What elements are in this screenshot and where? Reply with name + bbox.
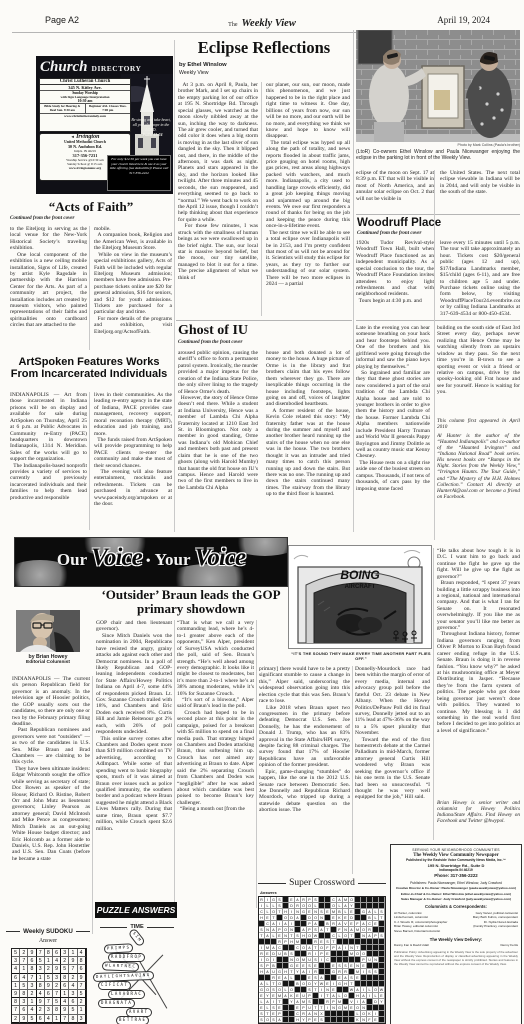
masthead-title: The Weekly View: [200, 13, 324, 31]
article-column: 1920s Tudor Revival-style Woodruff Town …: [356, 240, 434, 316]
sudoku-cell: 8: [53, 1006, 61, 1014]
sudoku-cell: 3: [20, 998, 28, 1006]
column-rule: [174, 40, 175, 532]
sudoku-cell: 6: [37, 1015, 45, 1023]
acts-of-faith-headline: “Acts of Faith”: [10, 199, 172, 215]
masthead-info-box: SERVING YOUR NEIGHBORHOOD COMMUNITIES Th…: [390, 844, 522, 1024]
columnists-header: Columnists & Correspondents:: [394, 904, 518, 909]
banner-word-voice: Voice: [195, 544, 246, 571]
church-title-script: Church: [40, 59, 88, 75]
newspaper-page: Page A2 The Weekly View April 19, 2024 C…: [0, 0, 524, 1024]
jumble-strip: DAYLIGHTSAVING: [93, 971, 154, 982]
sudoku-cell: 3: [69, 990, 77, 998]
verse-text: Be strong and take heart, all you who ho…: [131, 118, 170, 132]
banner-word-your: Your: [155, 550, 191, 569]
sudoku-cell: 9: [53, 965, 61, 973]
sudoku-cell: 8: [45, 949, 53, 957]
bible-verse: Be strong and take heart, all you who ho…: [131, 118, 171, 138]
sudoku-cell: 7: [78, 982, 86, 990]
editorial-cartoon: BOING AIRCRAFT: [288, 545, 432, 649]
sudoku-answer-grid: 5297863143765142984183295766471538291538…: [11, 948, 87, 1024]
sudoku-cell: 8: [61, 974, 69, 982]
article-column: leave every 15 minutes until 5 p.m. The …: [440, 240, 520, 316]
article-column: house and both donated a lot of money to…: [266, 350, 350, 532]
sudoku-cell: 5: [78, 990, 86, 998]
continued-note: Continued from the front cover: [357, 231, 421, 236]
masthead-role: Editor-in-Chief & Co-Owner: Ethel Winslo…: [394, 892, 518, 896]
section-rule: [356, 214, 520, 215]
continued-note: Continued from the front cover: [10, 216, 74, 221]
column-rule: [92, 676, 93, 934]
sudoku-cell: 1: [12, 982, 20, 990]
article-column: primary] there would have to be a pretty…: [259, 666, 350, 876]
author-bio: Al Hunter is the author of the “Haunted …: [437, 433, 520, 541]
artspoken-headline: ArtSpoken Features Works From Incarcerat…: [6, 356, 172, 380]
masthead-the: The: [228, 22, 237, 28]
sudoku-cell: 8: [28, 965, 36, 973]
columnists-list-right: Gary Varvel, political cartoonistMary Be…: [473, 911, 518, 934]
woodruff-headline: Woodruff Place: [357, 217, 441, 229]
masthead-publisher: Published by the Eastside Voice Communit…: [394, 858, 518, 862]
article-column: the United States. The next total eclips…: [440, 170, 520, 212]
banner-word-our: Our: [57, 550, 87, 569]
sudoku-cell: 5: [28, 1015, 36, 1023]
sudoku-cell: 4: [45, 1015, 53, 1023]
sudoku-cell: 2: [69, 974, 77, 982]
article-column: to the Eiteljorg in serving as the local…: [10, 226, 87, 352]
sudoku-cell: 1: [61, 990, 69, 998]
sudoku-cell: 2: [53, 982, 61, 990]
sudoku-cell: 3: [28, 982, 36, 990]
jumble-strip: DRAGNATA: [98, 999, 135, 1008]
masthead-city: Indianapolis IN 46219: [394, 868, 518, 872]
masthead-serving: SERVING YOUR NEIGHBORHOOD COMMUNITIES: [394, 848, 518, 852]
church-listing-christ-lutheran: Christ Lutheran Church 345 N. Kitley Ave…: [39, 78, 131, 132]
page-number: Page A2: [45, 15, 79, 25]
crossword-title: Super Crossword: [289, 878, 355, 888]
photo-caption: (LtoR) Co-owners Ethel Winslow and Paula…: [356, 149, 520, 161]
sudoku-cell: 6: [69, 998, 77, 1006]
article-column: Late in the evening you can hear someone…: [356, 325, 430, 545]
sudoku-cell: 3: [45, 1006, 53, 1014]
sudoku-subtitle: Answer: [6, 938, 90, 944]
article-column: INDIANAPOLIS — Art from those incarcerat…: [10, 392, 87, 532]
jumble-strip: CIFICAT: [98, 981, 131, 990]
column-rule: [174, 620, 175, 908]
article-column: “He talks about how tough it is in D.C. …: [437, 548, 520, 816]
sudoku-cell: 6: [61, 982, 69, 990]
article-column: mobile. A companion book, Religion and t…: [94, 226, 172, 352]
sudoku-cell: 6: [45, 990, 53, 998]
sudoku-cell: 4: [28, 1006, 36, 1014]
column-rule: [261, 82, 262, 316]
arrow-icon: ◄: [71, 134, 75, 139]
sudoku-cell: 3: [78, 1015, 86, 1023]
continued-note: Continued from the front cover: [178, 340, 242, 345]
banner-dot: •: [146, 554, 151, 569]
sudoku-cell: 7: [37, 949, 45, 957]
sudoku-cell: 7: [69, 965, 77, 973]
sudoku-cell: 9: [69, 957, 77, 965]
eclipse-photo: [356, 30, 520, 142]
delivery-name: Denny Fertis: [500, 943, 518, 948]
our-voice-banner: Our Voice • Your Voice: [14, 537, 288, 587]
sudoku-cell: 5: [37, 957, 45, 965]
sudoku-cell: 4: [69, 982, 77, 990]
article-column: Donnelly-Mourdock race had been within t…: [355, 666, 430, 850]
eclipse-headline: Eclipse Reflections: [176, 38, 352, 58]
eclipse-byline-org: Weekly View: [179, 70, 209, 76]
column-rule: [89, 226, 90, 350]
banner-word-voice: Voice: [91, 544, 142, 571]
article-column: GOP chair and then lieutenant governor).…: [96, 620, 172, 900]
listing-website[interactable]: www.christlutheranindy.com: [40, 113, 130, 118]
sudoku-cell: 5: [45, 974, 53, 982]
jumble-strip: PRIMPS: [104, 943, 134, 953]
sudoku-cell: 9: [45, 982, 53, 990]
sudoku-cell: 2: [78, 998, 86, 1006]
sudoku-cell: 9: [61, 1006, 69, 1014]
eclipse-byline: by Ethel Winslow: [179, 62, 227, 68]
jumble-strip: LAVABRAC: [108, 990, 145, 999]
article-column: “That is what we call a very commanding …: [177, 620, 254, 910]
sudoku-cell: 2: [20, 949, 28, 957]
sudoku-cell: 2: [12, 1015, 20, 1023]
article-column: At 3 p.m. on April 8, Paula, her brother…: [178, 82, 258, 318]
columnist-entry: (Family Practice), correspondent: [473, 924, 518, 929]
sudoku-title-row: Weekly SUDOKU: [6, 928, 90, 935]
sudoku-cell: 5: [12, 949, 20, 957]
sudoku-cell: 8: [12, 998, 20, 1006]
photo-credit: Photo by Mark Collins (Paula’s brother): [400, 143, 520, 147]
jumble-strip: BETTRAE: [116, 1016, 149, 1024]
column-rule: [353, 30, 354, 532]
sudoku-cell: 2: [45, 965, 53, 973]
sudoku-cell: 5: [69, 1006, 77, 1014]
sudoku-cell: 7: [45, 998, 53, 1006]
sudoku-cell: 1: [78, 1006, 86, 1014]
columnist-entry: Steve Barnett, historian/columnist: [394, 929, 447, 934]
section-rule: [356, 320, 520, 321]
sudoku-cell: 7: [12, 1006, 20, 1014]
sudoku-cell: 9: [78, 974, 86, 982]
sudoku-cell: 9: [12, 990, 20, 998]
delivery-header: The Weekly View Delivery:: [394, 937, 518, 942]
sudoku-cell: 6: [78, 965, 86, 973]
sudoku-cell: 6: [53, 949, 61, 957]
crossword-subtitle: Answers: [260, 890, 277, 895]
sudoku-cell: 1: [53, 1015, 61, 1023]
sudoku-cell: 7: [20, 957, 28, 965]
sudoku-cell: 7: [28, 974, 36, 982]
sudoku-cell: 5: [20, 982, 28, 990]
word-jumble-answers: SIMPRIMPSRAUDFROPWLARTNECDAYLIGHTSAVINGC…: [92, 932, 182, 1024]
listing-cell: Bible Study for Hearing & Deaf Sun. 9:30…: [40, 104, 86, 113]
crossword-title-row: Super Crossword: [258, 878, 386, 888]
sudoku-cell: 2: [37, 1006, 45, 1014]
sudoku-cell: 4: [78, 949, 86, 957]
sudoku-cell: 4: [53, 957, 61, 965]
sudoku-cell: 1: [28, 998, 36, 1006]
masthead-name: Weekly View: [241, 18, 295, 29]
masthead-phone[interactable]: Phone: 317-356-2222: [394, 873, 518, 878]
article-column: aroused public opinion, causing the sher…: [178, 350, 258, 532]
puzzle-answers-banner: PUZZLE ANSWERS: [95, 902, 177, 918]
cartoon-sign-aircraft: AIRCRAFT: [345, 584, 376, 590]
sudoku-cell: 5: [53, 998, 61, 1006]
sudoku-cell: 1: [69, 949, 77, 957]
listing-cell: Beginner ASL Classes Tues. 7:00 pm: [86, 104, 131, 113]
jumble-strip: WLARTNEC: [102, 961, 140, 971]
cartoon-caption: “IT’S THE SOUND THEY MAKE EVERY TIME ANO…: [286, 651, 436, 661]
sudoku-title: Weekly SUDOKU: [23, 928, 73, 935]
ghost-headline: Ghost of IU: [178, 323, 248, 339]
cartoon-sign-boing: BOING: [340, 568, 379, 582]
column-postscript: This column first appeared in April 2010: [437, 418, 520, 432]
delivery-name: Danny Fan & David Udall: [394, 943, 429, 948]
article-column: our planet, our sun, our moon, made this…: [266, 82, 350, 318]
sudoku-cell: 1: [45, 957, 53, 965]
sudoku-cell: 3: [37, 965, 45, 973]
sudoku-cell: 4: [37, 990, 45, 998]
sudoku-cell: 1: [20, 965, 28, 973]
sudoku-cell: 2: [61, 957, 69, 965]
publication-policy: Publication Policy: Advertising appearin…: [394, 951, 518, 967]
sudoku-cell: 4: [20, 974, 28, 982]
column-rule: [256, 620, 257, 908]
sudoku-cell: 6: [12, 974, 20, 982]
church-directory-ad[interactable]: Church DIRECTORY Christ Lutheran Church …: [36, 56, 173, 194]
sudoku-cell: 9: [20, 1015, 28, 1023]
jumble-strip: RAUDFROP: [108, 953, 145, 962]
howey-photo-caption: by Brian Howey Editorial Columnist: [6, 654, 90, 665]
sudoku-cell: 8: [69, 1015, 77, 1023]
sudoku-cell: 8: [37, 982, 45, 990]
sudoku-cell: 7: [61, 1015, 69, 1023]
cartoon-byline2: Editorial Columnist: [6, 660, 90, 665]
article-column: lives in their communities. As the leadi…: [94, 392, 172, 532]
columnists-list-left: Al Hunter, columnistLinda Kennett, colum…: [394, 911, 447, 934]
issue-date: April 19, 2024: [437, 15, 490, 25]
sudoku-cell: 3: [61, 949, 69, 957]
sudoku-cell: 3: [12, 957, 20, 965]
sudoku-cell: 2: [28, 990, 36, 998]
crossword-cell: [379, 1017, 385, 1023]
sudoku-cell: 6: [28, 957, 36, 965]
masthead-role: Sales Manager & Co-Owner: Judy Crawford …: [394, 897, 518, 901]
church-title-caps: DIRECTORY: [92, 64, 142, 73]
column-rule: [433, 548, 434, 840]
sudoku-cell: 7: [53, 990, 61, 998]
church-ad-offer[interactable]: For only $12.50 per week you can have yo…: [107, 155, 171, 191]
article-column: building on the south side of East 3rd S…: [437, 325, 520, 415]
sudoku-cell: 4: [61, 998, 69, 1006]
sudoku-cell: 9: [37, 998, 45, 1006]
article-column: INDIANAPOLIS — The current six person Re…: [12, 676, 90, 938]
section-rule: [176, 320, 352, 321]
masthead-role: Creative Director & Co-Owner: Paula Nice…: [394, 886, 518, 890]
masthead-publishers: Publishers: Paula Nicewanger, Ethel Wins…: [394, 881, 518, 885]
column-rule: [434, 170, 435, 540]
sudoku-cell: 1: [37, 974, 45, 982]
columnist-tagline: Brian Howey is senior writer and columni…: [437, 800, 520, 840]
brian-howey-portrait: [16, 610, 80, 652]
sudoku-cell: 3: [53, 974, 61, 982]
sudoku-cell: 9: [28, 949, 36, 957]
article-column: eclipse of the moon on Sept. 17 at 8:39 …: [356, 170, 434, 212]
sudoku-cell: 4: [12, 965, 20, 973]
sudoku-cell: 8: [78, 957, 86, 965]
column-rule: [89, 392, 90, 530]
braun-headline: ‘Outsider’ Braun leads the GOP primary s…: [96, 588, 286, 616]
sudoku-cell: 5: [61, 965, 69, 973]
jumble-title-row: TIME: [100, 924, 174, 930]
sudoku-cell: 6: [20, 1006, 28, 1014]
column-rule: [352, 666, 353, 874]
sudoku-cell: 8: [20, 990, 28, 998]
crossword-answer-grid: RIGSEARPSCAMOILLSDROOLOLAYCLOTHINGENSEMB…: [258, 896, 386, 1024]
verse-ref: – Psalm 31:24: [131, 133, 171, 138]
